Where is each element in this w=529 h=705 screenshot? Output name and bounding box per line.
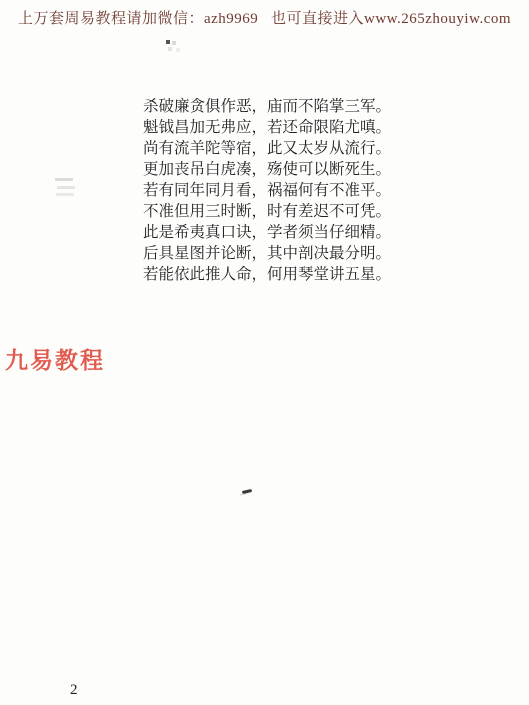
poem-line: 尚有流羊陀等宿，此又太岁从流行。 [143,138,391,159]
poem-line: 不准但用三时断，时有差迟不可凭。 [143,201,391,222]
scan-artifact-speck [242,489,252,494]
poem-line: 后具星图并论断，其中剖决最分明。 [143,243,391,264]
scan-artifact-smudge [55,178,73,181]
poem-block: 杀破廉贪俱作恶，庙而不陷掌三军。 魁钺昌加无弗应，若还命限陷尤嗔。 尚有流羊陀等… [143,96,391,285]
poem-line: 杀破廉贪俱作恶，庙而不陷掌三军。 [143,96,391,117]
scanned-document-page: 上万套周易教程请加微信：azh9969 也可直接进入www.265zhouyiw… [0,0,529,705]
poem-line: 此是希夷真口诀，学者须当仔细精。 [143,222,391,243]
poem-line: 若有同年同月看，祸福何有不准平。 [143,180,391,201]
poem-line: 更加丧吊白虎凑，殇使可以断死生。 [143,159,391,180]
poem-line: 若能依此推人命，何用琴堂讲五星。 [143,264,391,285]
promo-header-text: 上万套周易教程请加微信：azh9969 也可直接进入www.265zhouyiw… [0,7,529,28]
watermark-logo-text: 九易教程 [5,342,105,375]
poem-line: 魁钺昌加无弗应，若还命限陷尤嗔。 [143,117,391,138]
page-number: 2 [70,682,78,699]
scan-artifact-dot [166,40,170,44]
